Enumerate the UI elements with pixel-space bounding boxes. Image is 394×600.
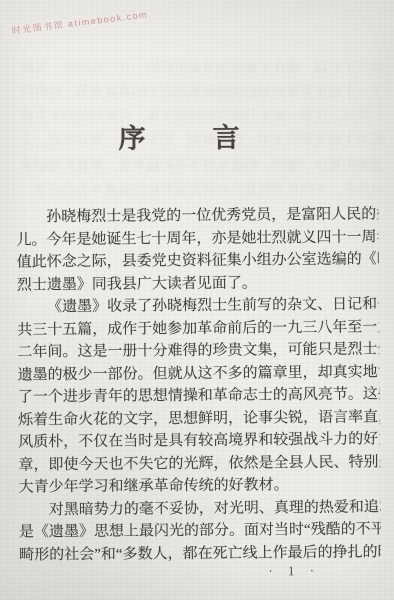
body-line: 大青少年学习和继承革命传统的好教材。	[19, 473, 381, 499]
preface-body: 孙晓梅烈士是我党的一位优秀党员，是富阳人民的好女 儿。今年是她诞生七十周年，亦是…	[16, 203, 381, 566]
body-line: 孙晓梅烈士是我党的一位优秀党员，是富阳人民的好女	[16, 203, 378, 229]
page-title: 序言	[118, 115, 306, 156]
body-line: 共三十五篇，成作于她参加革命前后的一九三八年至一九四	[17, 316, 379, 342]
body-line: 烈士遗墨》同我县广大读者见面了。	[17, 271, 379, 297]
scanned-book-page: 共三十五篇，成作于她参加革命前后的一九三八年至一九四 了一个进步青年的思想情操和…	[0, 0, 394, 600]
body-line: 值此怀念之际，县委党史资料征集小组办公室选编的《晓梅	[17, 248, 379, 274]
body-line: 烁着生命火花的文字，思想鲜明，论事尖锐，语言率直，文	[18, 406, 380, 432]
scan-content: 序言 孙晓梅烈士是我党的一位优秀党员，是富阳人民的好女 儿。今年是她诞生七十周年…	[0, 0, 394, 600]
body-line: 风质朴，不仅在当时是具有较高境界和较强战斗力的好文	[18, 428, 380, 454]
body-line: 是《遗墨》思想上最闪光的部分。面对当时“残酷的不平的	[19, 518, 381, 544]
body-line: 《遗墨》收录了孙晓梅烈士生前写的杂文、日记和书信	[17, 293, 379, 319]
body-line: 章，即使今天也不失它的光辉，依然是全县人民、特别是广	[18, 451, 380, 477]
body-line: 二年间。这是一册十分难得的珍贵文集，可能只是烈士生前	[17, 338, 379, 364]
body-line: 遗墨的极少一部份。但就从这不多的篇章里，却真实地记录	[18, 361, 380, 387]
body-line: 畸形的社会”和“多数人，都在死亡线上作最后的挣扎的时	[19, 541, 381, 567]
body-line: 对黑暗势力的毫不妥协，对光明、真理的热爱和追求，	[19, 496, 381, 522]
page-number: · 1 ·	[268, 563, 320, 579]
body-line: 儿。今年是她诞生七十周年，亦是她壮烈就义四十一周年。	[16, 226, 378, 252]
body-line: 了一个进步青年的思想情操和革命志士的高风亮节。这些闪	[18, 383, 380, 409]
